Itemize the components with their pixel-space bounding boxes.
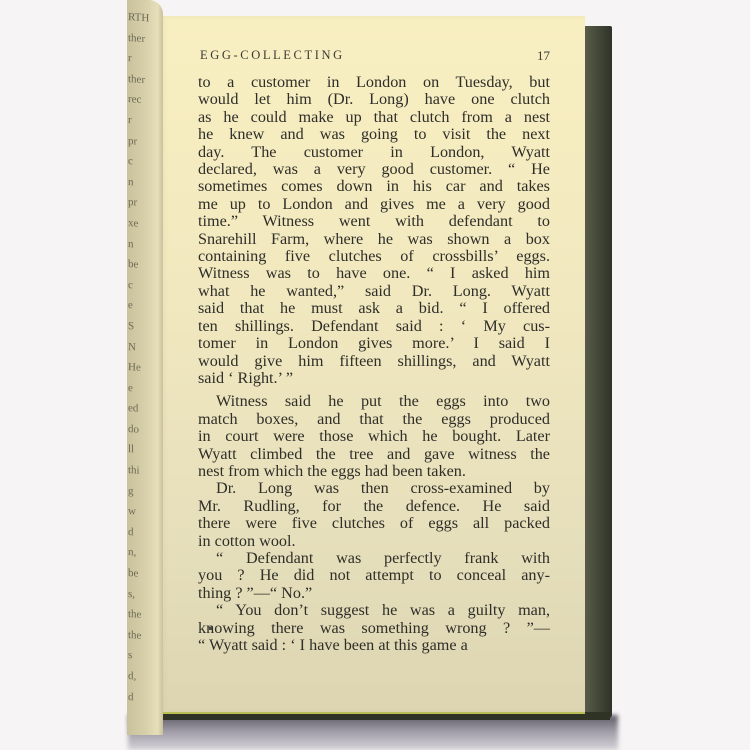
text-line: you ? He did not attempt to conceal any-	[198, 567, 550, 584]
left-page-edge: RTHtherrtherrecrprcnprxenbeceSNHeeeddoll…	[127, 0, 163, 735]
text-line: Snarehill Farm, where he was shown a box	[198, 231, 550, 248]
left-page-text-fragments: RTHtherrtherrecrprcnprxenbeceSNHeeeddoll…	[128, 7, 158, 709]
left-page-fragment: N	[128, 336, 158, 359]
text-line: tomer in London gives more.’ I said I	[198, 335, 550, 352]
text-line: day. The customer in London, Wyatt	[198, 144, 550, 161]
left-page-fragment: d	[128, 522, 158, 545]
running-head-title: EGG-COLLECTING	[200, 48, 345, 64]
left-page-fragment: r	[128, 48, 158, 71]
text-line: there were five clutches of eggs all pac…	[198, 515, 550, 532]
text-line: “ Wyatt said : ‘ I have been at this gam…	[198, 637, 550, 654]
text-line: Witness said he put the eggs into two	[198, 393, 550, 410]
page-number: 17	[537, 48, 550, 64]
text-line: containing five clutches of crossbills’ …	[198, 248, 550, 265]
book-shadow	[128, 715, 618, 750]
left-page-fragment: S	[128, 316, 158, 339]
text-line: Mr. Rudling, for the defence. He said	[198, 498, 550, 515]
left-page-fragment: xe	[128, 213, 158, 236]
left-page-fragment: RTH	[128, 7, 158, 30]
text-line: “ Defendant was perfectly frank with	[198, 550, 550, 567]
text-line: said that he must ask a bid. “ I offered	[198, 300, 550, 317]
left-page-fragment: g	[128, 481, 158, 504]
left-page-fragment: ll	[128, 439, 158, 462]
left-page-fragment: rec	[128, 89, 158, 112]
text-line: knowing there was something wrong ? ”—	[198, 620, 550, 637]
page-body-text: to a customer in London on Tuesday, butw…	[198, 74, 550, 654]
page-bottom-edge	[157, 712, 585, 714]
text-line: thing ? ”—“ No.”	[198, 585, 550, 602]
text-line: would let him (Dr. Long) have one clutch	[198, 91, 550, 108]
left-page-fragment: He	[128, 357, 158, 380]
left-page-fragment: ther	[128, 28, 158, 51]
book-page: EGG-COLLECTING 17 to a customer in Londo…	[157, 16, 585, 714]
text-line: sometimes comes down in his car and take…	[198, 178, 550, 195]
text-line: Wyatt climbed the tree and gave witness …	[198, 446, 550, 463]
left-page-fragment: w	[128, 501, 158, 524]
left-page-fragment: pr	[128, 192, 158, 215]
text-line: in cotton wool.	[198, 533, 550, 550]
left-page-fragment: pr	[128, 131, 158, 154]
left-page-fragment: e	[128, 295, 158, 318]
left-page-fragment: s,	[128, 584, 158, 607]
text-line: as he could make up that clutch from a n…	[198, 109, 550, 126]
text-line: would give him fifteen shillings, and Wy…	[198, 353, 550, 370]
left-page-fragment: n,	[128, 542, 158, 565]
left-page-fragment: s	[128, 645, 158, 668]
left-page-fragment: the	[128, 625, 158, 648]
paragraph: “ Defendant was perfectly frank withyou …	[198, 550, 550, 602]
text-line: nest from which the eggs had been taken.	[198, 463, 550, 480]
text-line: Witness was to have one. “ I asked him	[198, 265, 550, 282]
left-page-fragment: be	[128, 254, 158, 277]
text-line: what he wanted,” said Dr. Long. Wyatt	[198, 283, 550, 300]
left-page-fragment: be	[128, 563, 158, 586]
text-line: Dr. Long was then cross-examined by	[198, 480, 550, 497]
text-line: declared, was a very good customer. “ He	[198, 161, 550, 178]
left-page-fragment: n	[128, 172, 158, 195]
left-page-fragment: the	[128, 604, 158, 627]
text-line: said ‘ Right.’ ”	[198, 370, 550, 387]
left-page-fragment: n	[128, 233, 158, 256]
left-page-fragment: r	[128, 110, 158, 133]
left-page-fragment: c	[128, 275, 158, 298]
book-cover-edge	[584, 26, 612, 718]
left-page-fragment: d,	[128, 666, 158, 689]
text-line: he knew and was going to visit the next	[198, 126, 550, 143]
text-line: ten shillings. Defendant said : ‘ My cus…	[198, 318, 550, 335]
left-page-fragment: do	[128, 419, 158, 442]
paragraph: Witness said he put the eggs into twomat…	[198, 393, 550, 480]
text-line: “ You don’t suggest he was a guilty man,	[198, 602, 550, 619]
text-line: time.” Witness went with defendant to	[198, 213, 550, 230]
text-line: match boxes, and that the eggs produced	[198, 411, 550, 428]
text-line: to a customer in London on Tuesday, but	[198, 74, 550, 91]
running-head: EGG-COLLECTING 17	[200, 48, 550, 64]
text-line: in court were those which he bought. Lat…	[198, 428, 550, 445]
paragraph: “ You don’t suggest he was a guilty man,…	[198, 602, 550, 654]
left-page-fragment: d	[128, 687, 158, 710]
left-page-fragment: ther	[128, 69, 158, 92]
text-line: me up to London and gives me a very good	[198, 196, 550, 213]
paragraph: to a customer in London on Tuesday, butw…	[198, 74, 550, 387]
left-page-fragment: e	[128, 378, 158, 401]
left-page-fragment: ed	[128, 398, 158, 421]
page-mark	[209, 627, 212, 630]
left-page-fragment: thi	[128, 460, 158, 483]
left-page-fragment: c	[128, 151, 158, 174]
paragraph: Dr. Long was then cross-examined byMr. R…	[198, 480, 550, 550]
